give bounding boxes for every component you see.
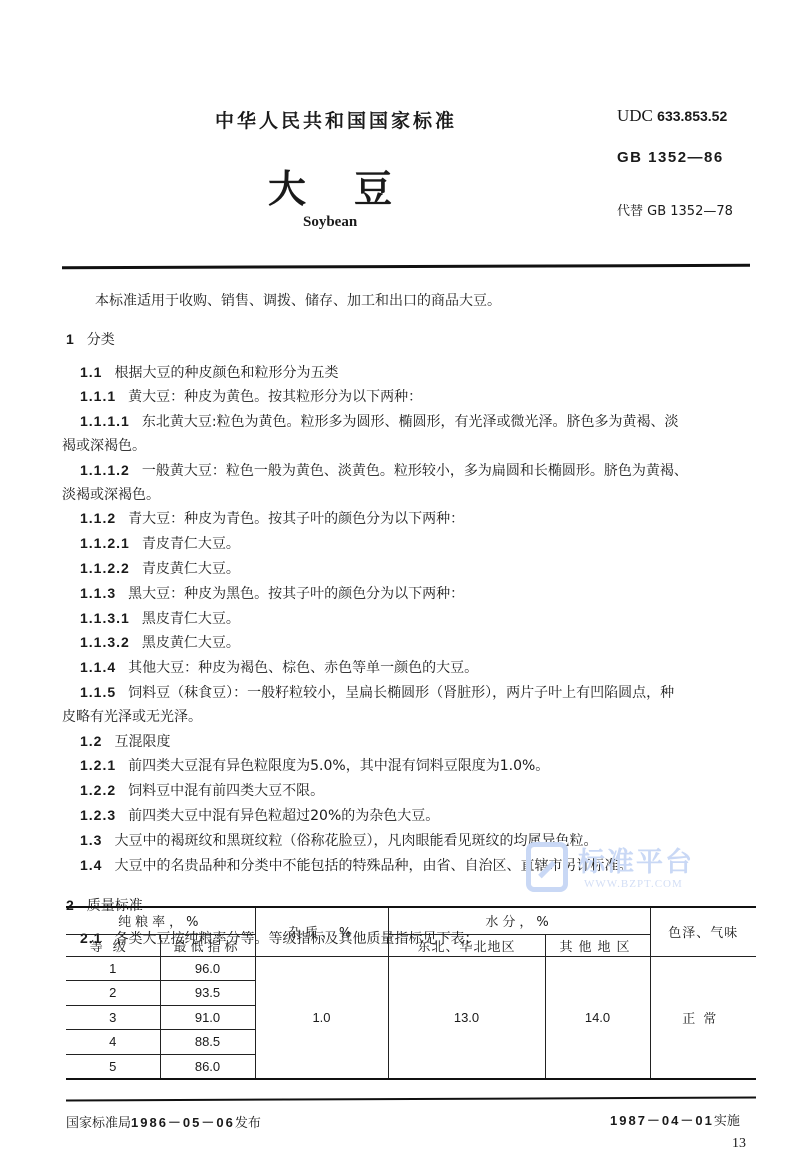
header-divider [62, 264, 750, 269]
grade-cell: 2 [66, 981, 160, 1006]
udc-label: UDC [617, 106, 653, 125]
clause-1-2-2: 1.2.2饲料豆中混有前四类大豆不限。 [62, 779, 752, 804]
clause-1-1-4: 1.1.4其他大豆：种皮为褐色、棕色、赤色等单一颜色的大豆。 [62, 656, 752, 681]
effective-date: 1987－04－01 [610, 1113, 714, 1128]
udc-number: 633.853.52 [657, 108, 727, 124]
clause-1-1: 1.1根据大豆的种皮颜色和粒形分为五类 [62, 361, 752, 386]
clause-1-1-3: 1.1.3黑大豆：种皮为黑色。按其子叶的颜色分为以下两种： [62, 582, 752, 607]
min-index-cell: 91.0 [160, 1005, 255, 1030]
grade-cell: 3 [66, 1005, 160, 1030]
moisture-ne-cell: 13.0 [388, 956, 545, 1079]
min-index-cell: 96.0 [160, 956, 255, 981]
quality-table: 纯粮率，% 杂质，% 水分，% 色泽、气味 等级 最低指标 东北、华北地区 其他… [66, 906, 756, 1080]
clause-1-2-1: 1.2.1前四类大豆混有异色粒限度为5.0%，其中混有饲料豆限度为1.0%。 [62, 754, 752, 779]
footer-divider [66, 1096, 756, 1101]
page-number: 13 [732, 1136, 746, 1149]
issue-info: 国家标准局1986－05－06发布 [66, 1112, 261, 1131]
clause-1-2: 1.2互混限度 [62, 730, 752, 755]
document-title: 大豆 [268, 158, 440, 213]
header-purity: 纯粮率，% [66, 907, 255, 934]
clause-1-1-2: 1.1.2青大豆：种皮为青色。按其子叶的颜色分为以下两种： [62, 507, 752, 532]
grade-cell: 5 [66, 1054, 160, 1079]
impurity-cell: 1.0 [255, 956, 388, 1079]
udc-code: UDC 633.853.52 [617, 106, 727, 126]
clause-1-1-5-cont: 皮略有光泽或无光泽。 [62, 706, 752, 730]
color-odor-cell: 正常 [650, 956, 756, 1079]
header-moisture: 水分，% [388, 907, 650, 934]
header-moisture-ne: 东北、华北地区 [388, 934, 545, 956]
clause-1-1-3-1: 1.1.3.1黑皮青仁大豆。 [62, 607, 752, 632]
clause-1-1-1-2: 1.1.1.2一般黄大豆：粒色一般为黄色、淡黄色。粒形较小，多为扁圆和长椭圆形。… [62, 459, 752, 484]
clause-1-1-1-2-cont: 淡褐或深褐色。 [62, 484, 752, 508]
section-1-heading: 1分类 [62, 328, 752, 353]
clause-1-1-1: 1.1.1黄大豆：种皮为黄色。按其粒形分为以下两种： [62, 385, 752, 410]
clause-1-1-3-2: 1.1.3.2黑皮黄仁大豆。 [62, 631, 752, 656]
grade-cell: 4 [66, 1030, 160, 1055]
clause-1-1-1-1: 1.1.1.1东北黄大豆:粒色为黄色。粒形多为圆形、椭圆形，有光泽或微光泽。脐色… [62, 410, 752, 435]
national-standard-label: 中华人民共和国国家标准 [215, 106, 457, 133]
min-index-cell: 93.5 [160, 981, 255, 1006]
table-row: 1 96.0 1.0 13.0 14.0 正常 [66, 956, 756, 981]
grade-cell: 1 [66, 956, 160, 981]
min-index-cell: 88.5 [160, 1030, 255, 1055]
clause-1-1-5: 1.1.5饲料豆（秣食豆）：一般籽粒较小，呈扁长椭圆形（肾脏形），两片子叶上有凹… [62, 681, 752, 706]
header-color-odor: 色泽、气味 [650, 907, 756, 956]
moisture-other-cell: 14.0 [545, 956, 650, 1079]
header-min-index: 最低指标 [160, 934, 255, 956]
clause-1-2-3: 1.2.3前四类大豆中混有异色粒超过20%的为杂色大豆。 [62, 804, 752, 829]
effective-info: 1987－04－01实施 [610, 1110, 740, 1129]
document-title-english: Soybean [303, 214, 357, 231]
gb-code: GB 1352—86 [617, 149, 724, 166]
intro-paragraph: 本标准适用于收购、销售、调拨、储存、加工和出口的商品大豆。 [62, 290, 752, 314]
replaces-standard: 代替 GB 1352—78 [617, 200, 733, 219]
clause-1-1-1-1-cont: 褐或深褐色。 [62, 435, 752, 459]
issue-date: 1986－05－06 [131, 1115, 235, 1130]
document-body: 本标准适用于收购、销售、调拨、储存、加工和出口的商品大豆。 1分类 1.1根据大… [62, 290, 752, 952]
header-moisture-other: 其他地区 [545, 934, 650, 956]
clause-1-1-2-1: 1.1.2.1青皮青仁大豆。 [62, 532, 752, 557]
clause-1-3: 1.3大豆中的褐斑纹和黑斑纹粒（俗称花脸豆），凡肉眼能看见斑纹的均属异色粒。 [62, 829, 752, 854]
min-index-cell: 86.0 [160, 1054, 255, 1079]
clause-1-1-2-2: 1.1.2.2青皮黄仁大豆。 [62, 557, 752, 582]
clause-1-4: 1.4大豆中的名贵品种和分类中不能包括的特殊品种，由省、自治区、直辖市另订标准。 [62, 854, 752, 879]
header-impurity: 杂质，% [255, 907, 388, 956]
header-grade: 等级 [66, 934, 160, 956]
